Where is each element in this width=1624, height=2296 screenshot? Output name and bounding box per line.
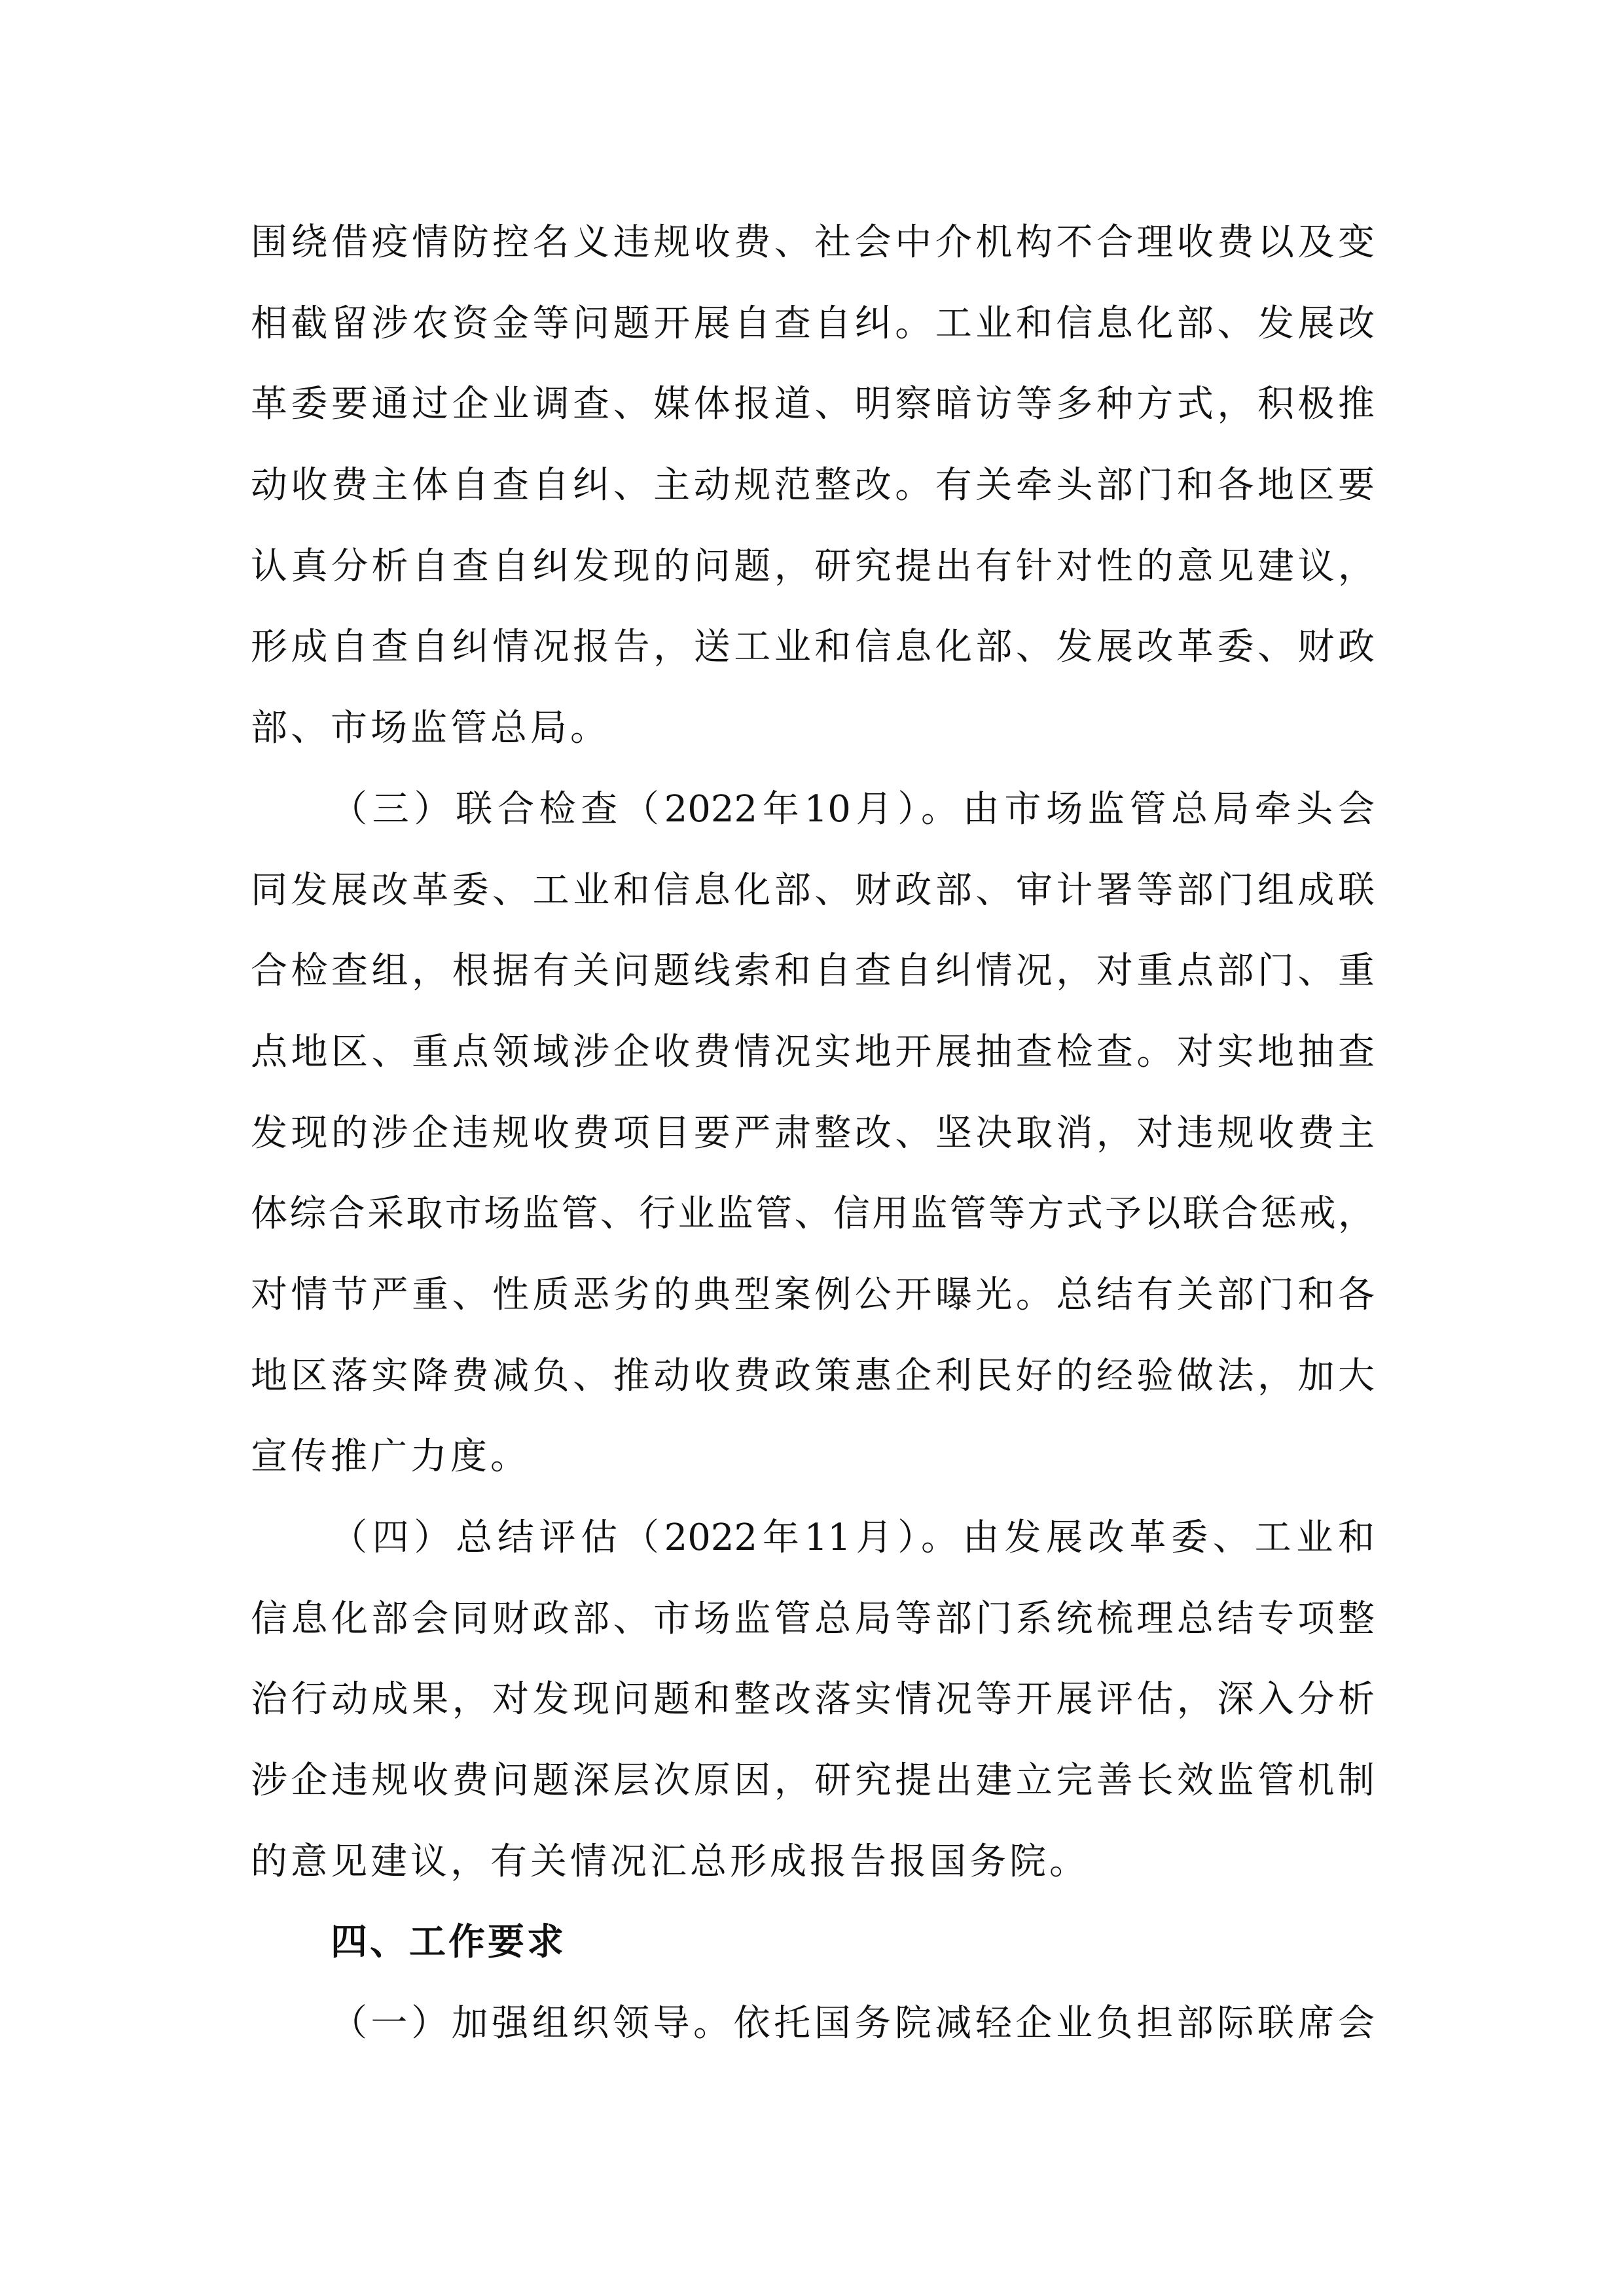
text-line: 治行动成果，对发现问题和整改落实情况等开展评估，深入分析: [251, 1659, 1375, 1740]
text-line: 涉企违规收费问题深层次原因，研究提出建立完善长效监管机制: [251, 1740, 1375, 1821]
text-line: 点地区、重点领域涉企收费情况实地开展抽查检查。对实地抽查: [251, 1012, 1375, 1093]
text-line: 同发展改革委、工业和信息化部、财政部、审计署等部门组成联: [251, 850, 1375, 931]
text-line: 形成自查自纠情况报告，送工业和信息化部、发展改革委、财政: [251, 607, 1375, 688]
paragraph-summary-evaluation: （四）总结评估（2022年11月）。由发展改革委、工业和 信息化部会同财政部、市…: [251, 1498, 1375, 1902]
text-line: 宣传推广力度。: [251, 1416, 1375, 1498]
paragraph-first-line: （四）总结评估（2022年11月）。由发展改革委、工业和: [251, 1498, 1375, 1579]
section-heading: 四、工作要求: [251, 1902, 1375, 1983]
text-line: 地区落实降费减负、推动收费政策惠企利民好的经验做法，加大: [251, 1336, 1375, 1417]
paragraph-joint-inspection: （三）联合检查（2022年10月）。由市场监管总局牵头会 同发展改革委、工业和信…: [251, 769, 1375, 1498]
text-line: 的意见建议，有关情况汇总形成报告报国务院。: [251, 1821, 1375, 1903]
text-line: 体综合采取市场监管、行业监管、信用监管等方式予以联合惩戒，: [251, 1174, 1375, 1255]
text-line: 部、市场监管总局。: [251, 688, 1375, 769]
paragraph-first-line: （三）联合检查（2022年10月）。由市场监管总局牵头会: [251, 769, 1375, 850]
paragraph-lead-title: （四）总结评估（2022年11月）: [331, 1516, 921, 1559]
subsection-lead-title: （一）加强组织领导: [331, 2002, 693, 2045]
text-line: 信息化部会同财政部、市场监管总局等部门系统梳理总结专项整: [251, 1579, 1375, 1660]
text-line: 动收费主体自查自纠、主动规范整改。有关牵头部门和各地区要: [251, 445, 1375, 526]
subsection-first-line: （一）加强组织领导。依托国务院减轻企业负担部际联席会: [251, 1983, 1375, 2064]
document-body: 围绕借疫情防控名义违规收费、社会中介机构不合理收费以及变 相截留涉农资金等问题开…: [251, 202, 1375, 2064]
text-line: 认真分析自查自纠发现的问题，研究提出有针对性的意见建议，: [251, 526, 1375, 607]
text-line: 发现的涉企违规收费项目要严肃整改、坚决取消，对违规收费主: [251, 1093, 1375, 1174]
text-line: 合检查组，根据有关问题线索和自查自纠情况，对重点部门、重: [251, 931, 1375, 1012]
paragraph-self-check: 围绕借疫情防控名义违规收费、社会中介机构不合理收费以及变 相截留涉农资金等问题开…: [251, 202, 1375, 769]
text-span: 。由市场监管总局牵头会: [921, 788, 1375, 831]
text-span: 。由发展改革委、工业和: [921, 1516, 1375, 1559]
text-line: 对情节严重、性质恶劣的典型案例公开曝光。总结有关部门和各: [251, 1255, 1375, 1336]
paragraph-lead-title: （三）联合检查（2022年10月）: [331, 788, 921, 831]
text-line: 围绕借疫情防控名义违规收费、社会中介机构不合理收费以及变: [251, 202, 1375, 283]
text-span: 。依托国务院减轻企业负担部际联席会: [693, 2002, 1375, 2045]
text-line: 相截留涉农资金等问题开展自查自纠。工业和信息化部、发展改: [251, 283, 1375, 365]
text-line: 革委要通过企业调查、媒体报道、明察暗访等多种方式，积极推: [251, 364, 1375, 445]
document-page: 围绕借疫情防控名义违规收费、社会中介机构不合理收费以及变 相截留涉农资金等问题开…: [0, 0, 1624, 2296]
